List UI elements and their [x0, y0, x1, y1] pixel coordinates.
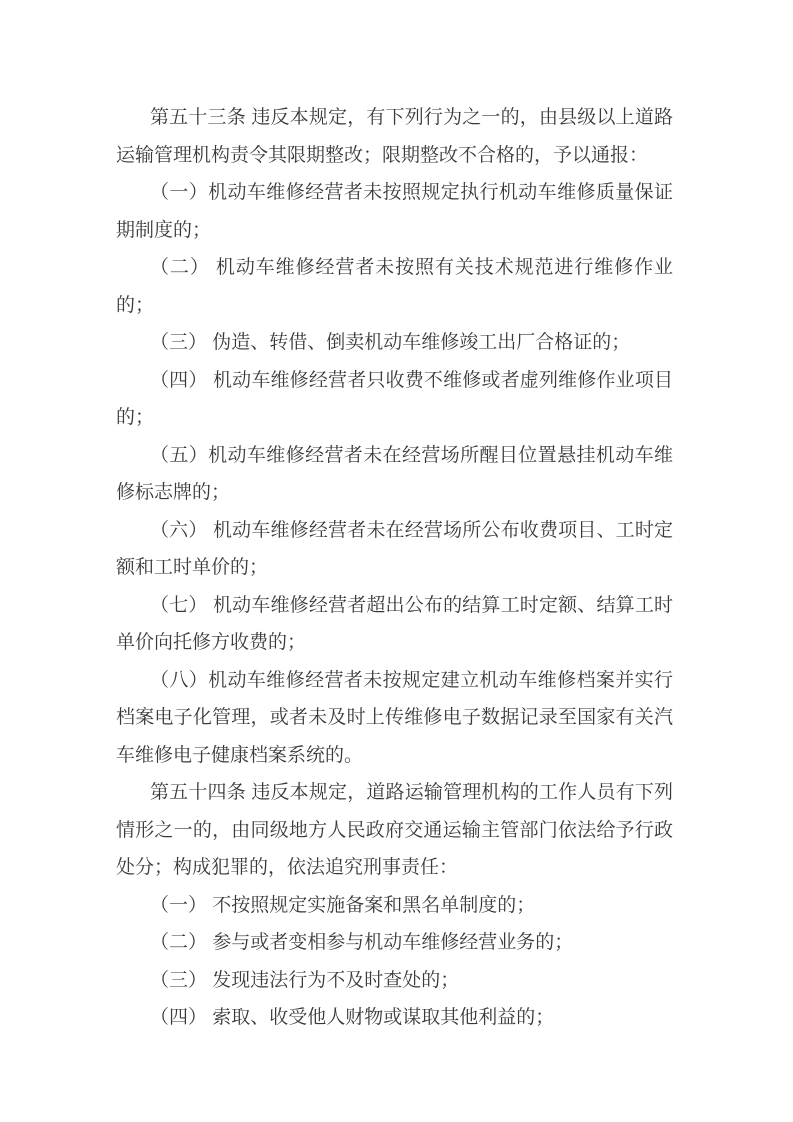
document-page: 第五十三条 违反本规定，有下列行为之一的，由县级以上道路运输管理机构责令其限期整… — [0, 0, 793, 1122]
paragraph-53-item-8: （八）机动车维修经营者未按规定建立机动车维修档案并实行档案电子化管理，或者未及时… — [116, 662, 673, 775]
paragraph-53-item-7: （七） 机动车维修经营者超出公布的结算工时定额、结算工时单价向托修方收费的； — [116, 587, 673, 662]
paragraph-53-item-1: （一）机动车维修经营者未按照规定执行机动车维修质量保证期制度的； — [116, 174, 673, 249]
paragraph-53-item-5: （五）机动车维修经营者未在经营场所醒目位置悬挂机动车维修标志牌的； — [116, 437, 673, 512]
paragraph-54-item-4: （四） 索取、收受他人财物或谋取其他利益的； — [116, 999, 673, 1037]
paragraph-54-item-1: （一） 不按照规定实施备案和黑名单制度的； — [116, 887, 673, 925]
paragraph-53-item-2: （二） 机动车维修经营者未按照有关技术规范进行维修作业的； — [116, 249, 673, 324]
paragraph-53-item-3: （三） 伪造、转借、倒卖机动车维修竣工出厂合格证的； — [116, 324, 673, 362]
paragraph-54-item-3: （三） 发现违法行为不及时查处的； — [116, 962, 673, 1000]
paragraph-53-item-4: （四） 机动车维修经营者只收费不维修或者虚列维修作业项目的； — [116, 362, 673, 437]
paragraph-53-item-6: （六） 机动车维修经营者未在经营场所公布收费项目、工时定额和工时单价的； — [116, 512, 673, 587]
paragraph-54-item-2: （二） 参与或者变相参与机动车维修经营业务的； — [116, 924, 673, 962]
paragraph-article-54: 第五十四条 违反本规定，道路运输管理机构的工作人员有下列情形之一的，由同级地方人… — [116, 774, 673, 887]
paragraph-article-53: 第五十三条 违反本规定，有下列行为之一的，由县级以上道路运输管理机构责令其限期整… — [116, 99, 673, 174]
